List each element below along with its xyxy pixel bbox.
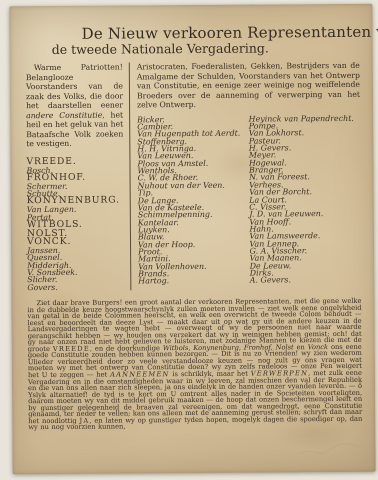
text-segment: Aristocraten, Foederalisten, Gekken, Bes… <box>137 61 360 110</box>
aristocrats-intro: Aristocraten, Foederalisten, Gekken, Bes… <box>137 61 360 110</box>
aristocrats-column: Aristocraten, Foederalisten, Gekken, Bes… <box>130 61 362 291</box>
patriots-intro: Warme Patriotten! Belanglooze Voorstande… <box>26 62 124 149</box>
two-column-section: Warme Patriotten! Belanglooze Voorstande… <box>26 61 362 291</box>
aristocrats-name-list-1: Bicker.Cambier.Van Hugenpath tot Aerdt.S… <box>137 115 250 285</box>
pencil-mark <box>295 424 365 464</box>
text-segment: Warme Patriotten! Belanglooze Voorstande… <box>26 62 123 110</box>
name-entry: Govers. <box>27 283 124 291</box>
scan-backdrop: De Nieuw verkooren Representanten voor d… <box>0 0 378 480</box>
name-entry: Hartog. <box>138 277 250 285</box>
patriots-name-list: VREEDE.Bosch.FRONHOF.Schermer.Schutte.KO… <box>26 157 124 291</box>
page-title-line2: de tweede Nationale Vergadering. <box>26 41 360 57</box>
aristocrats-name-columns: Bicker.Cambier.Van Hugenpath tot Aerdt.S… <box>137 115 361 285</box>
name-entry: A. Gevers. <box>250 276 362 284</box>
aristocrats-name-list-2: Heyinck van Papendrecht.Pompe.Van Lokhor… <box>249 115 362 285</box>
closing-paragraph: Ziet daar brave Burgers! een groot aanta… <box>27 298 362 431</box>
page-header: De Nieuw verkooren Representanten voor d… <box>26 24 360 57</box>
pamphlet-content: De Nieuw verkooren Representanten voor d… <box>9 4 375 475</box>
text-segment: andere Constitutie <box>26 110 102 120</box>
pamphlet-sheet: De Nieuw verkooren Representanten voor d… <box>9 4 375 475</box>
patriots-column: Warme Patriotten! Belanglooze Voorstande… <box>26 62 132 291</box>
